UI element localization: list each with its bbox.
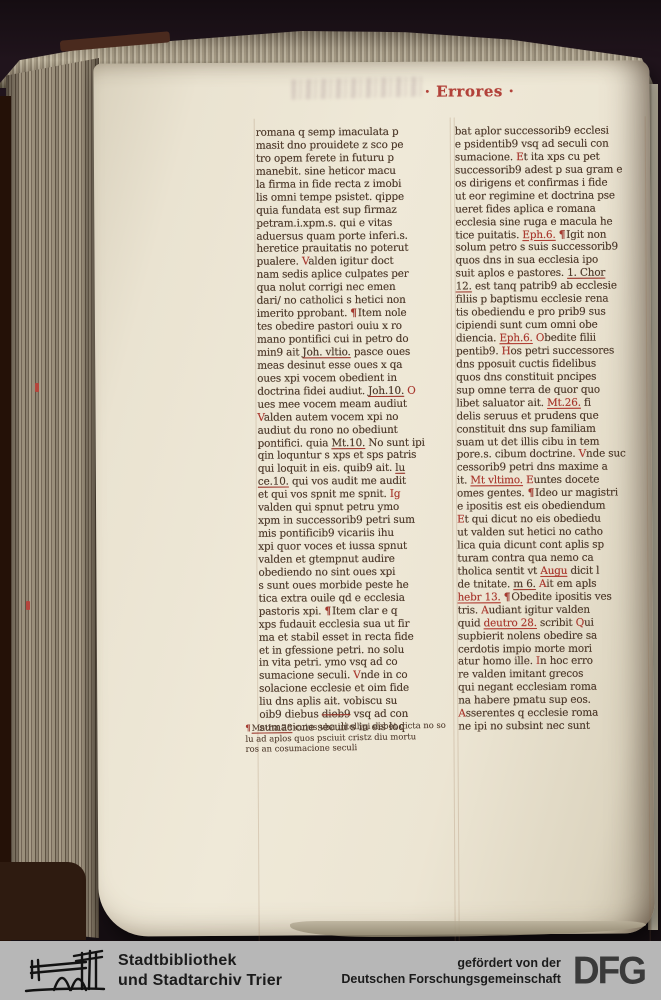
book-cover-edge xyxy=(0,96,11,941)
running-title: · Errores · xyxy=(389,82,549,101)
book-fore-edge xyxy=(6,58,99,938)
text-column-right: bat aplor successorib9 ecclesie psidenti… xyxy=(455,124,649,733)
dfg-logo: DFG xyxy=(573,951,645,989)
funding-line1: gefördert von der xyxy=(341,955,561,971)
footer-credits-bar: Stadtbibliothek und Stadtarchiv Trier ge… xyxy=(0,941,661,1000)
library-name-line2: und Stadtarchiv Trier xyxy=(118,971,282,991)
fore-edge-bookmark-speck xyxy=(26,601,30,610)
digitized-manuscript-photo: · Errores · romana q semp imaculata pmas… xyxy=(0,0,661,1000)
manuscript-page: · Errores · romana q semp imaculata pmas… xyxy=(93,60,654,936)
library-name: Stadtbibliothek und Stadtarchiv Trier xyxy=(118,951,282,991)
funding-line2: Deutschen Forschungsgemeinschaft xyxy=(341,971,561,987)
library-credit: Stadtbibliothek und Stadtarchiv Trier xyxy=(24,948,282,994)
marginal-footnote: ¶Matha 28 cuius vba intelligi debet dict… xyxy=(245,719,475,754)
library-name-line1: Stadtbibliothek xyxy=(118,951,282,971)
funding-text: gefördert von der Deutschen Forschungsge… xyxy=(341,955,561,987)
funding-credit: gefördert von der Deutschen Forschungsge… xyxy=(341,952,645,989)
text-column-left: romana q semp imaculata pmasit dno proui… xyxy=(256,126,454,735)
fore-edge-bookmark-speck xyxy=(35,383,39,392)
trier-bridge-logo-icon xyxy=(24,948,106,994)
page-bottom-edge xyxy=(290,921,646,937)
book-cover-corner xyxy=(0,862,86,940)
